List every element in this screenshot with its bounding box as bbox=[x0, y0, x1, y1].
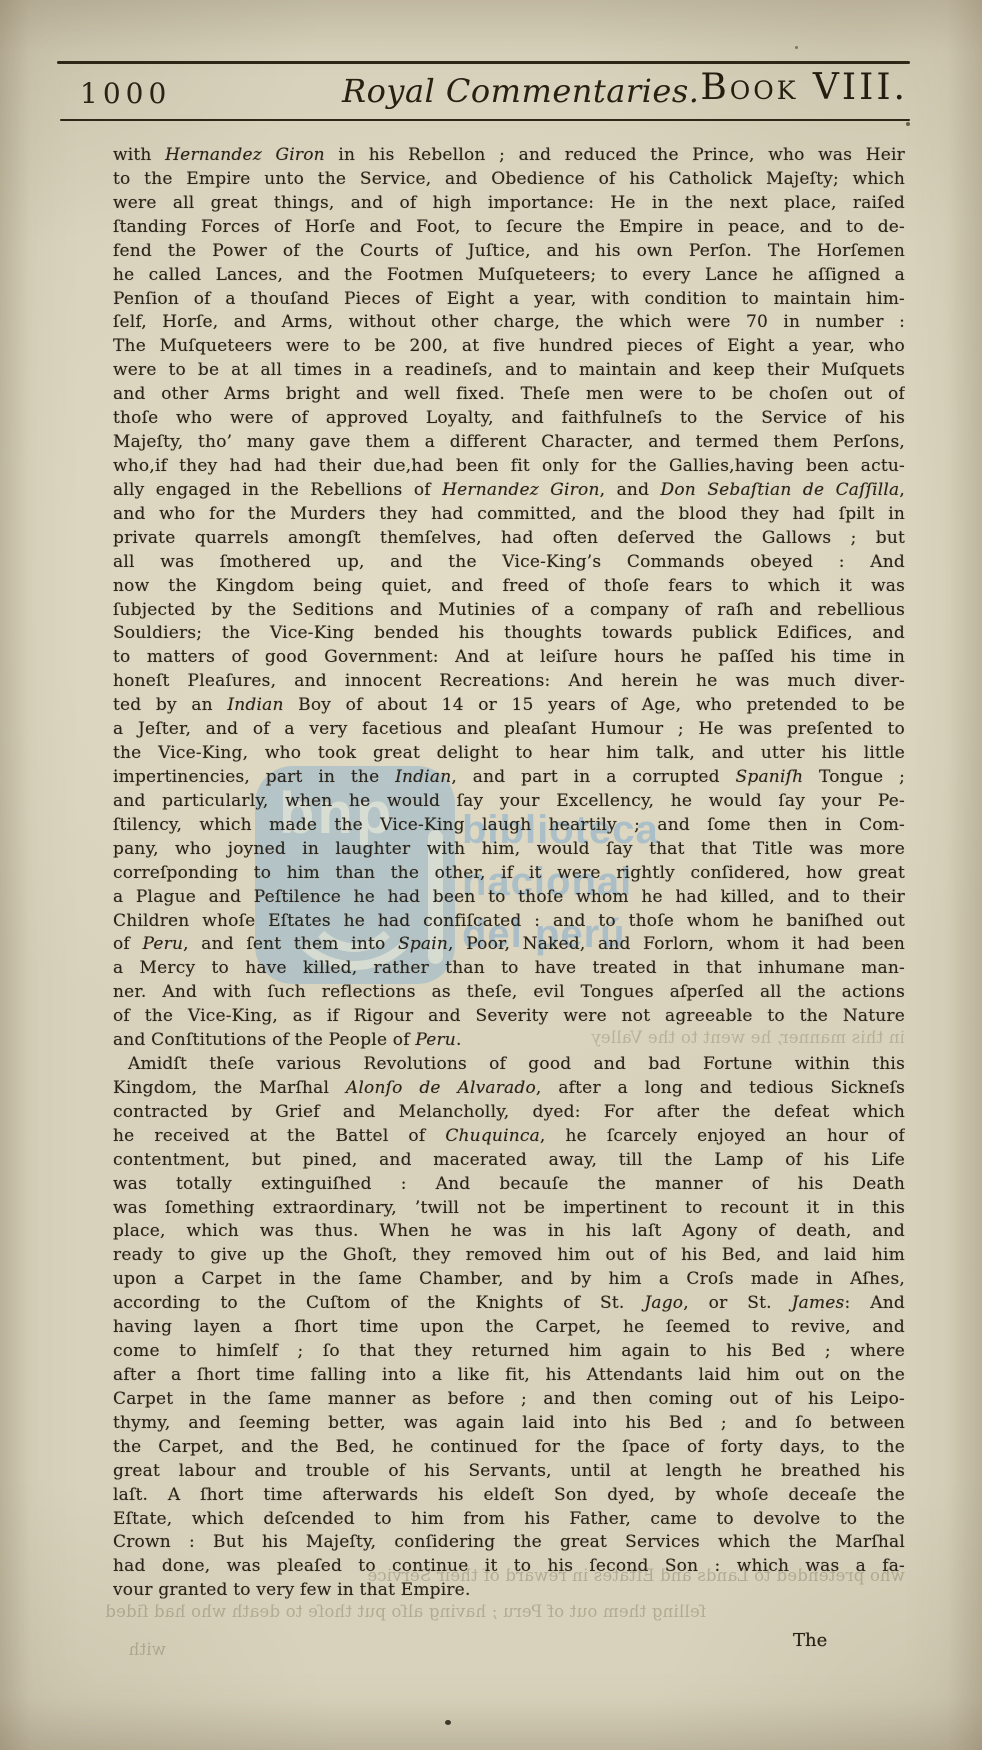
text-line: he received at the Battel of Chuquinca, … bbox=[113, 1126, 905, 1150]
text-line: ted by an Indian Boy of about 14 or 15 y… bbox=[113, 695, 905, 719]
text-line: ſtilency, which made the Vice-King laugh… bbox=[113, 815, 905, 839]
body-text: with Hernandez Giron in his Rebellon ; a… bbox=[113, 145, 905, 1604]
text-line: now the Kingdom being quiet, and freed o… bbox=[113, 576, 905, 600]
text-line: a Plague and Peſtilence he had been to t… bbox=[113, 887, 905, 911]
text-line: was ſomething extraordinary, ’twill not … bbox=[113, 1198, 905, 1222]
text-line: had done, was pleaſed to continue it to … bbox=[113, 1556, 905, 1580]
text-line: honeſt Pleaſures, and innocent Recreatio… bbox=[113, 671, 905, 695]
text-line: thymy, and ſeeming better, was again lai… bbox=[113, 1413, 905, 1437]
text-line: contentment, but pined, and macerated aw… bbox=[113, 1150, 905, 1174]
text-line: was totally extinguiſhed : And becauſe t… bbox=[113, 1174, 905, 1198]
text-line: according to the Cuſtom of the Knights o… bbox=[113, 1293, 905, 1317]
text-line: after a ſhort time falling into a like f… bbox=[113, 1365, 905, 1389]
text-line: Eſtate, which deſcended to him from his … bbox=[113, 1509, 905, 1533]
text-line: come to himſelf ; ſo that they returned … bbox=[113, 1341, 905, 1365]
text-line: ner. And with ſuch reflections as theſe,… bbox=[113, 982, 905, 1006]
text-line: and Conſtitutions of the People of Peru. bbox=[113, 1030, 905, 1054]
text-line: Penſion of a thouſand Pieces of Eight a … bbox=[113, 289, 905, 313]
bleedthrough-text: with bbox=[106, 1640, 166, 1659]
text-line: of the Vice-King, as if Rigour and Sever… bbox=[113, 1006, 905, 1030]
text-line: private quarrels amongſt themſelves, had… bbox=[113, 528, 905, 552]
text-line: who,if they had had their due,had been f… bbox=[113, 456, 905, 480]
text-line: place, which was thus. When he was in hi… bbox=[113, 1221, 905, 1245]
text-line: were to be at all times in a readineſs, … bbox=[113, 360, 905, 384]
text-line: Souldiers; the Vice-King bended his thou… bbox=[113, 623, 905, 647]
text-line: correſponding to him than the other, if … bbox=[113, 863, 905, 887]
text-line: the Vice-King, who took great delight to… bbox=[113, 743, 905, 767]
text-line: thoſe who were of approved Loyalty, and … bbox=[113, 408, 905, 432]
text-line: impertinencies, part in the Indian, and … bbox=[113, 767, 905, 791]
text-line: were all great things, and of high impor… bbox=[113, 193, 905, 217]
text-line: a Mercy to have killed, rather than to h… bbox=[113, 958, 905, 982]
text-line: laſt. A ſhort time afterwards his eldeſt… bbox=[113, 1485, 905, 1509]
ink-speck bbox=[906, 122, 910, 126]
text-line: ſubjected by the Seditions and Mutinies … bbox=[113, 600, 905, 624]
text-line: great labour and trouble of his Servants… bbox=[113, 1461, 905, 1485]
text-line: and other Arms bright and well fixed. Th… bbox=[113, 384, 905, 408]
catchword: The bbox=[793, 1630, 827, 1651]
book-heading: Book VIII. bbox=[700, 67, 908, 108]
text-line: Children whoſe Eſtates he had confiſcate… bbox=[113, 911, 905, 935]
text-line: fend the Power of the Courts of Juſtice,… bbox=[113, 241, 905, 265]
text-line: having layen a ſhort time upon the Carpe… bbox=[113, 1317, 905, 1341]
text-line: ſelf, Horſe, and Arms, without other cha… bbox=[113, 312, 905, 336]
text-line: Kingdom, the Marſhal Alonſo de Alvarado,… bbox=[113, 1078, 905, 1102]
text-line: vour granted to very few in that Empire. bbox=[113, 1580, 905, 1604]
text-line: to the Empire unto the Service, and Obed… bbox=[113, 169, 905, 193]
running-title: Royal Commentaries. bbox=[342, 72, 699, 110]
text-line: contracted by Grief and Melancholly, dye… bbox=[113, 1102, 905, 1126]
text-line: Carpet in the ſame manner as before ; an… bbox=[113, 1389, 905, 1413]
text-line: he called Lances, and the Footmen Muſque… bbox=[113, 265, 905, 289]
header-rule-top bbox=[57, 61, 910, 64]
bleedthrough-text: ſelling them out of Peru ; having alſo p… bbox=[106, 1602, 706, 1621]
text-line: all was ſmothered up, and the Vice-King’… bbox=[113, 552, 905, 576]
text-line: of Peru, and ſent them into Spain, Poor,… bbox=[113, 934, 905, 958]
text-line: a Jeſter, and of a very facetious and pl… bbox=[113, 719, 905, 743]
text-line: pany, who joyned in laughter with him, w… bbox=[113, 839, 905, 863]
text-line: Crown : But his Majeſty, conſidering the… bbox=[113, 1532, 905, 1556]
text-line: ally engaged in the Rebellions of Hernan… bbox=[113, 480, 905, 504]
page-number: 1000 bbox=[80, 77, 171, 110]
text-line: Majeſty, tho’ many gave them a different… bbox=[113, 432, 905, 456]
text-line: upon a Carpet in the ſame Chamber, and b… bbox=[113, 1269, 905, 1293]
text-line: and who for the Murders they had committ… bbox=[113, 504, 905, 528]
text-line: the Carpet, and the Bed, he continued fo… bbox=[113, 1437, 905, 1461]
text-line: ready to give up the Ghoſt, they removed… bbox=[113, 1245, 905, 1269]
text-line: with Hernandez Giron in his Rebellon ; a… bbox=[113, 145, 905, 169]
text-line: and particularly, when he would ſay your… bbox=[113, 791, 905, 815]
ink-speck bbox=[795, 46, 798, 49]
text-line: Amidſt theſe various Revolutions of good… bbox=[113, 1054, 905, 1078]
ink-spot bbox=[445, 1720, 451, 1725]
header-rule-bottom bbox=[60, 119, 910, 121]
text-line: to matters of good Government: And at le… bbox=[113, 647, 905, 671]
text-line: The Muſqueteers were to be 200, at five … bbox=[113, 336, 905, 360]
scanned-book-page: { "header": { "page_number": "1000", "ru… bbox=[0, 0, 982, 1750]
text-line: ſtanding Forces of Horſe and Foot, to ſe… bbox=[113, 217, 905, 241]
